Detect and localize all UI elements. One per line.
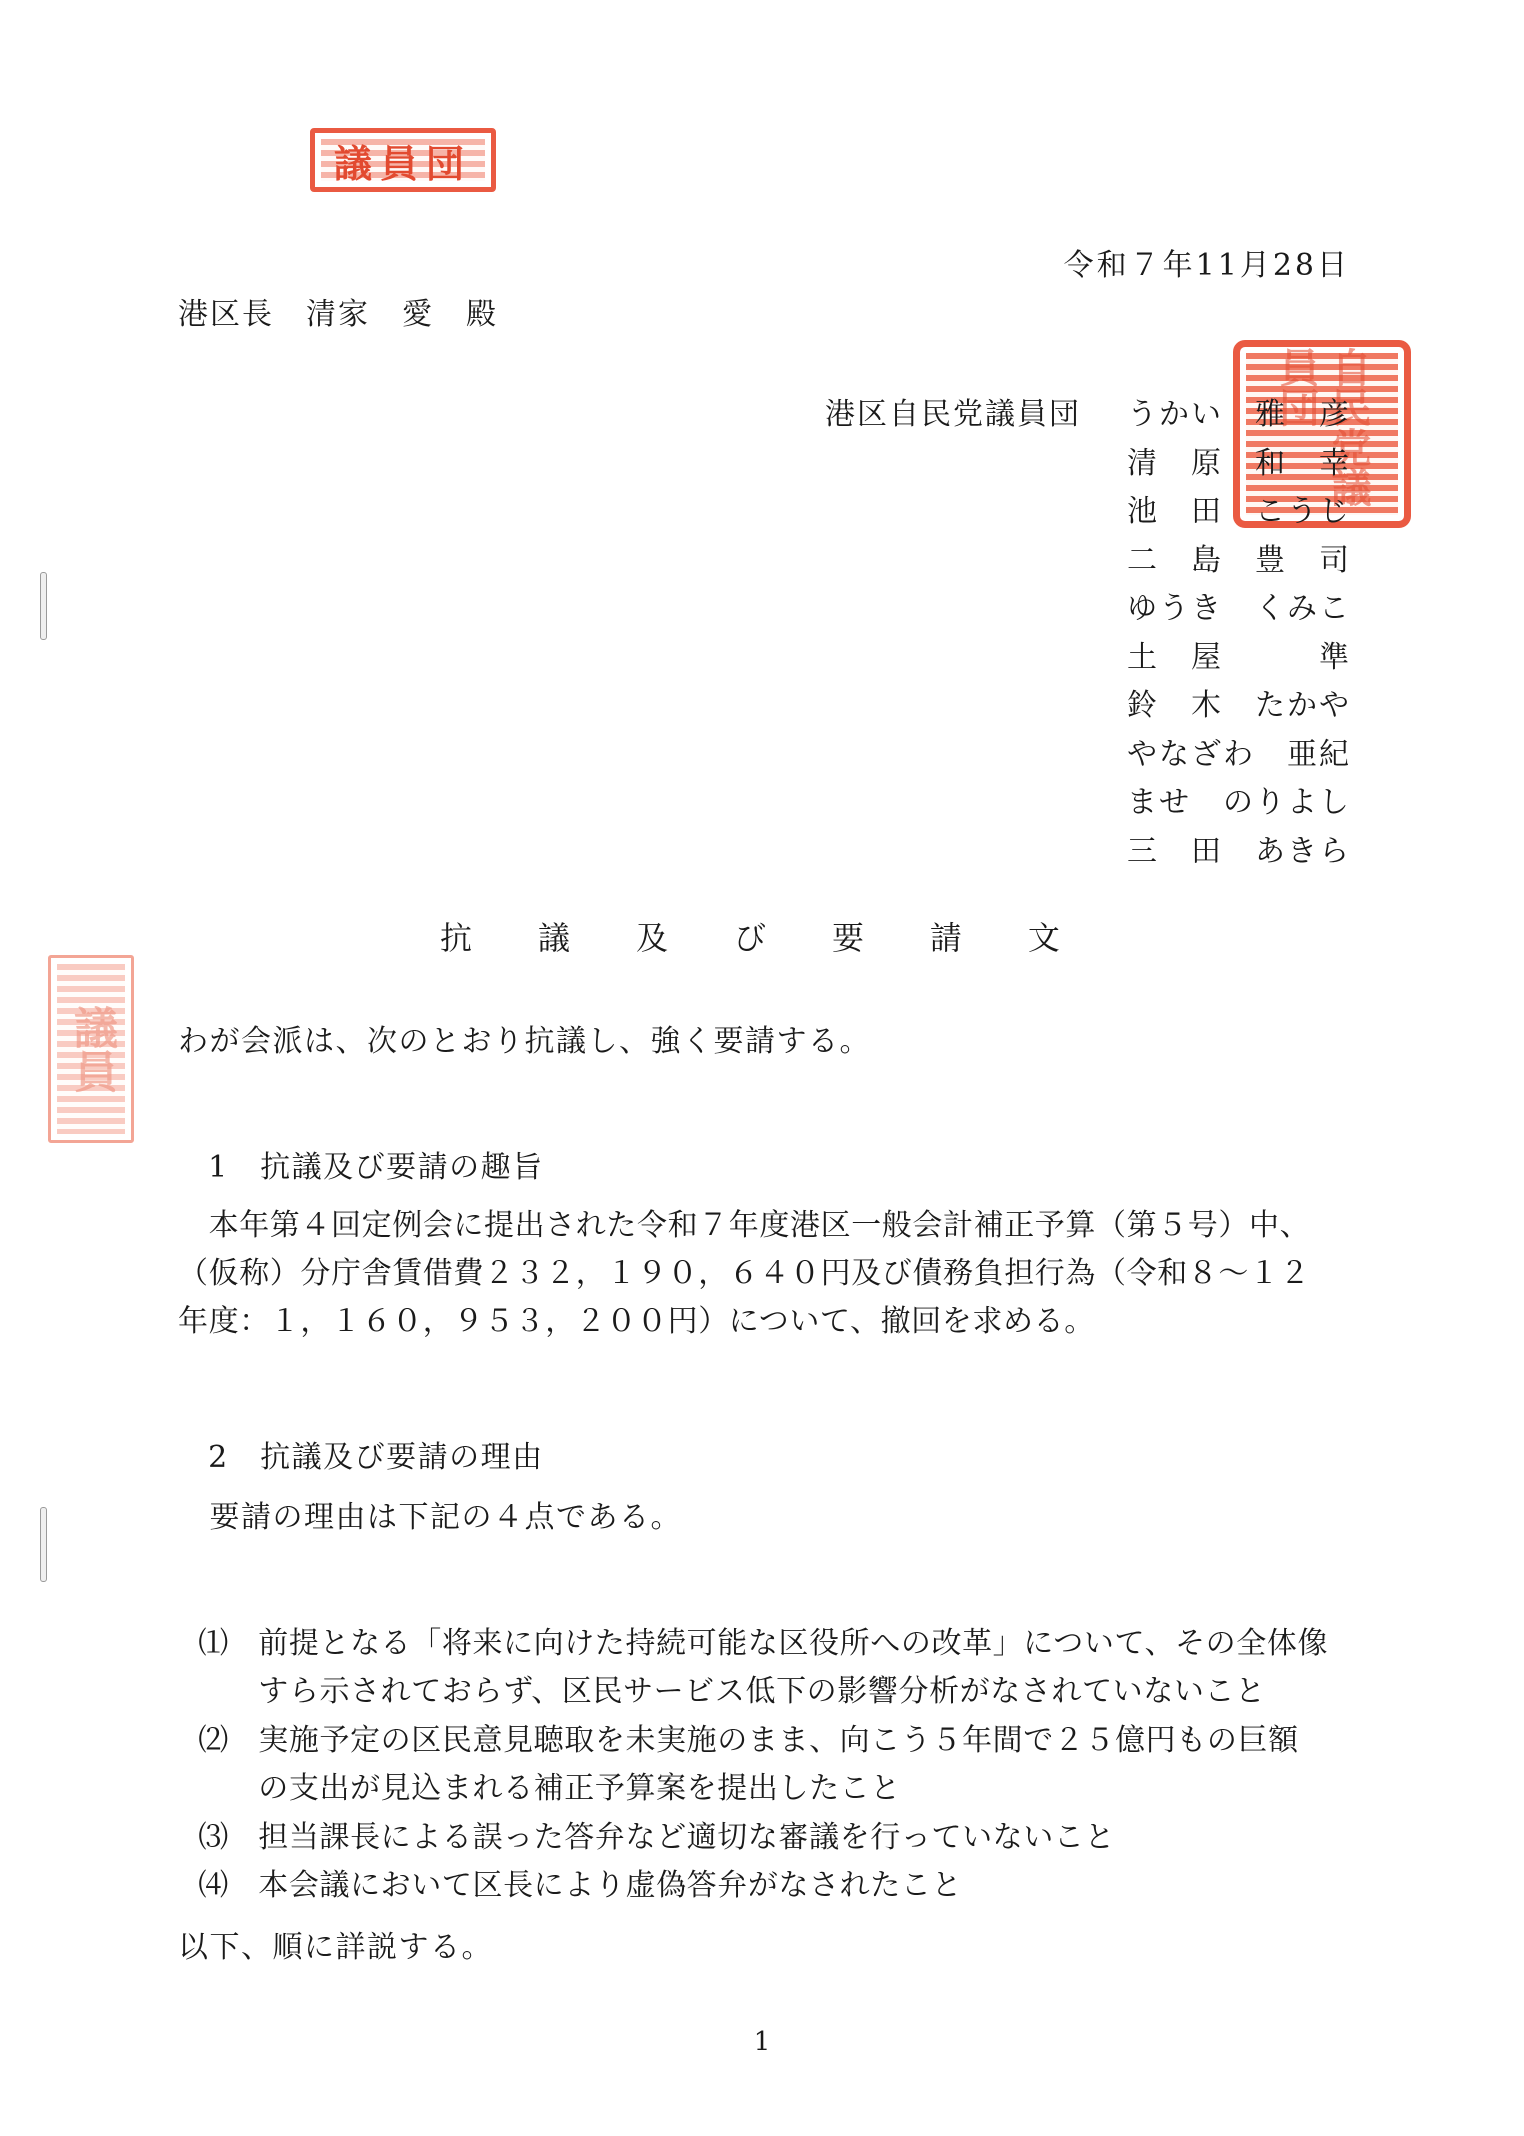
section-2-lead: 要請の理由は下記の４点である。: [178, 1500, 682, 1536]
section-title: 抗議及び要請の理由: [260, 1440, 544, 1475]
seal-stamp-top: 議員団: [310, 128, 496, 192]
section-1-body-line: 年度：１，１６０，９５３，２００円）について、撤回を求める。: [178, 1304, 1095, 1340]
binder-hole-mark-bottom: [40, 1507, 47, 1582]
reason-item: ⑷本会議において区長により虚偽答弁がなされたこと: [178, 1832, 962, 1904]
document-title: 抗 議 及 び 要 請 文: [440, 920, 1060, 956]
member-name: ゆうきくみこ: [1127, 591, 1351, 640]
member-name: 三 田あきら: [1127, 834, 1351, 883]
closing-sentence: 以下、順に詳説する。: [178, 1930, 493, 1966]
section-title: 抗議及び要請の趣旨: [260, 1150, 544, 1185]
member-given-name: こうじ: [1255, 494, 1351, 530]
member-name: やなざわ亜紀: [1127, 737, 1351, 786]
member-surname: やなざわ: [1127, 737, 1255, 773]
title-char: 及: [636, 920, 668, 956]
member-surname: 鈴 木: [1127, 688, 1223, 724]
title-char: 請: [930, 920, 962, 956]
title-char: 要: [832, 920, 864, 956]
section-1-body-line: （仮称）分庁舎賃借費２３２，１９０，６４０円及び債務負担行為（令和８～１２: [178, 1256, 1310, 1292]
reason-number: ⑷: [198, 1868, 258, 1904]
title-char: び: [734, 920, 766, 956]
member-given-name: 和 幸: [1255, 446, 1351, 482]
member-given-name: あきら: [1255, 834, 1351, 870]
member-list: うかい雅 彦 清 原和 幸 池 田こうじ 二 島豊 司 ゆうきくみこ 土 屋準 …: [1127, 397, 1351, 882]
member-given-name: 豊 司: [1255, 543, 1351, 579]
member-given-name: 雅 彦: [1255, 397, 1351, 433]
binder-hole-mark-top: [40, 572, 47, 640]
member-surname: 清 原: [1127, 446, 1223, 482]
member-name: うかい雅 彦: [1127, 397, 1351, 446]
member-surname: ゆうき: [1127, 591, 1223, 627]
member-given-name: 亜紀: [1287, 737, 1351, 773]
member-surname: ませ: [1127, 785, 1191, 821]
intro-paragraph: わが会派は、次のとおり抗議し、強く要請する。: [178, 1024, 871, 1060]
member-given-name: くみこ: [1255, 591, 1351, 627]
section-number: 2: [200, 1440, 260, 1476]
member-name: 清 原和 幸: [1127, 446, 1351, 495]
member-given-name: 準: [1319, 640, 1351, 676]
seal-stamp-top-text: 議員団: [315, 133, 491, 187]
member-name: ませのりよし: [1127, 785, 1351, 834]
member-given-name: のりよし: [1223, 785, 1351, 821]
member-surname: うかい: [1127, 397, 1223, 433]
document-date: 令和７年11月28日: [1064, 248, 1350, 284]
member-name: 池 田こうじ: [1127, 494, 1351, 543]
member-surname: 二 島: [1127, 543, 1223, 579]
page-number: 1: [0, 2024, 1524, 2060]
section-1-heading: 1抗議及び要請の趣旨: [178, 1114, 544, 1186]
section-number: 1: [200, 1150, 260, 1186]
title-char: 抗: [440, 920, 472, 956]
member-surname: 池 田: [1127, 494, 1223, 530]
sender-group-name: 港区自民党議員団: [825, 397, 1081, 433]
section-1-body-line: 本年第４回定例会に提出された令和７年度港区一般会計補正予算（第５号）中、: [178, 1208, 1310, 1244]
seal-stamp-margin: 議員: [48, 955, 134, 1143]
section-2-heading: 2抗議及び要請の理由: [178, 1404, 544, 1476]
member-surname: 三 田: [1127, 834, 1223, 870]
member-name: 鈴 木たかや: [1127, 688, 1351, 737]
member-surname: 土 屋: [1127, 640, 1223, 676]
addressee: 港区長 清家 愛 殿: [178, 297, 498, 333]
member-name: 二 島豊 司: [1127, 543, 1351, 592]
seal-stamp-margin-text: 議員: [51, 958, 131, 1140]
member-name: 土 屋準: [1127, 640, 1351, 689]
title-char: 議: [538, 920, 570, 956]
reason-text: 本会議において区長により虚偽答弁がなされたこと: [258, 1868, 962, 1903]
title-char: 文: [1028, 920, 1060, 956]
member-given-name: たかや: [1255, 688, 1351, 724]
